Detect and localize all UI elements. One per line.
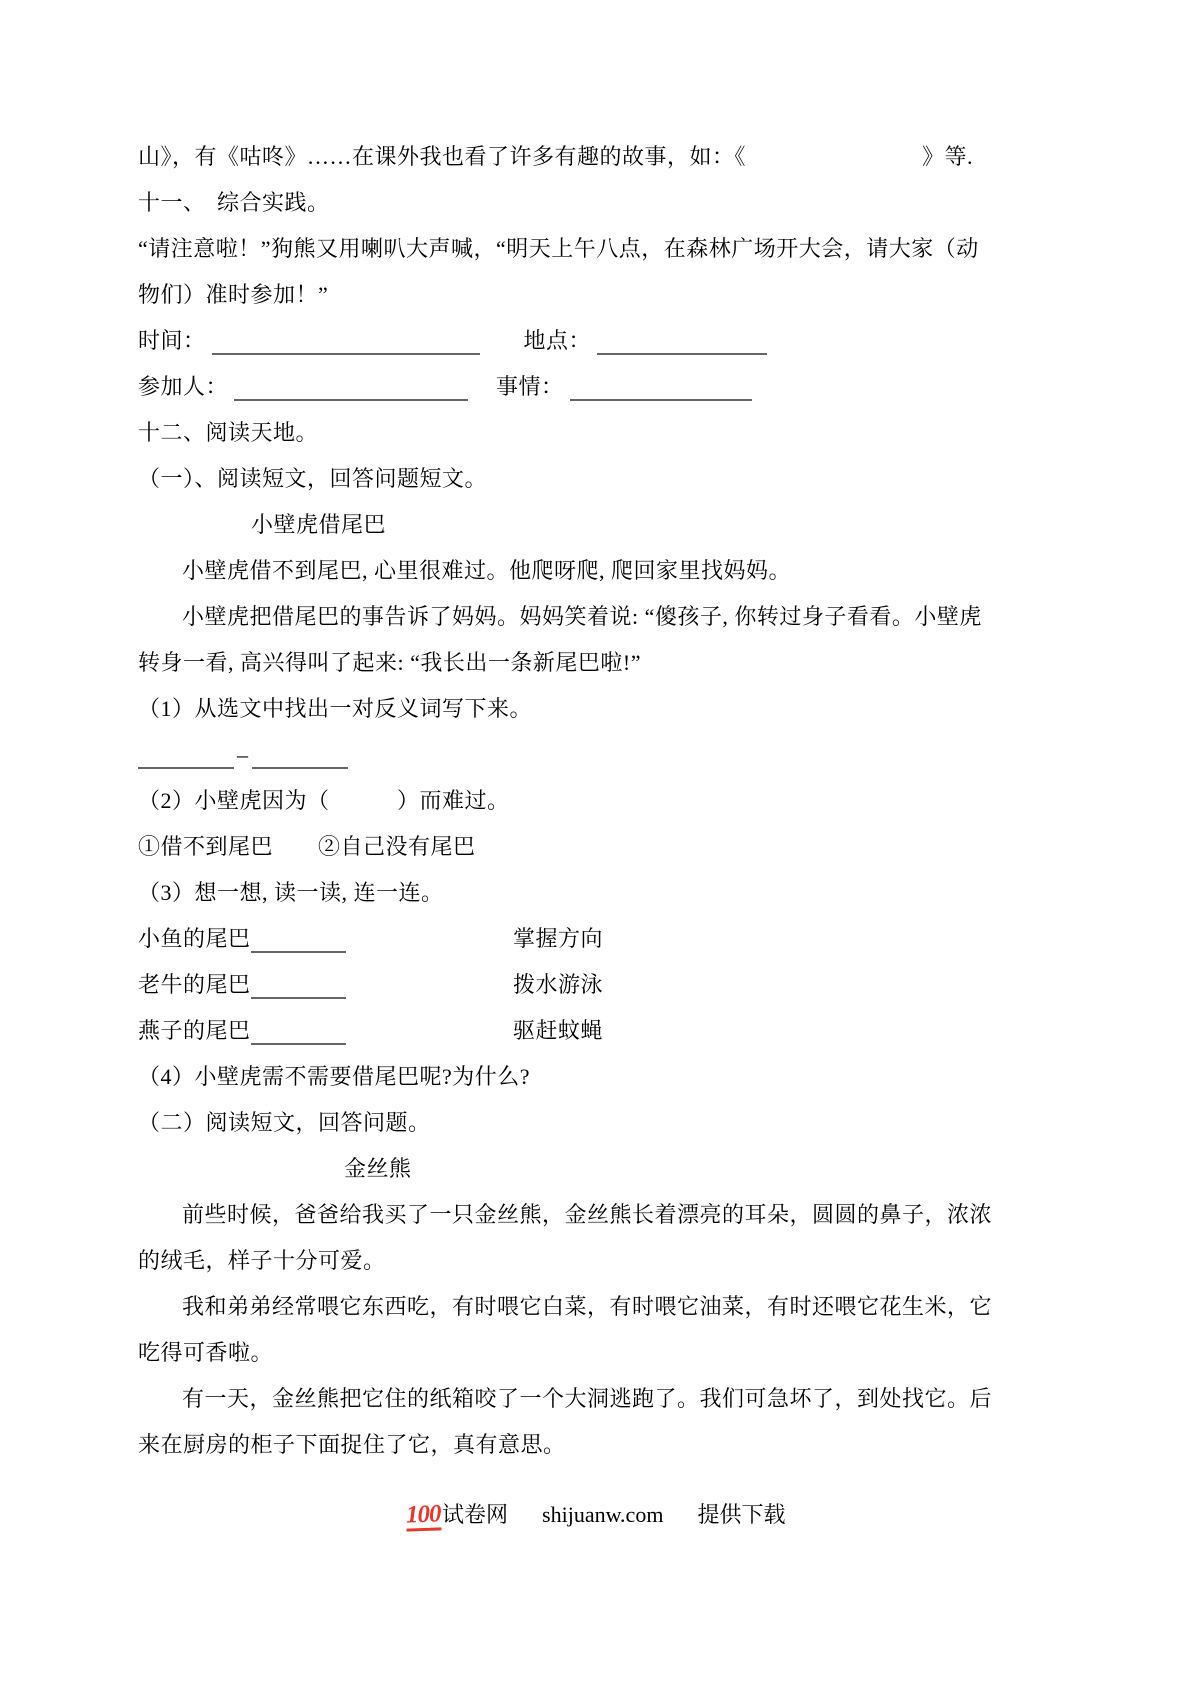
download-note-text: 提供下载 [697, 1498, 785, 1529]
passage-2-title: 金丝熊 [138, 1146, 1058, 1192]
match-blank-3 [251, 1033, 346, 1045]
site-domain-text: shijuanw.com [542, 1502, 663, 1528]
part-2-heading: （二）阅读短文，回答问题。 [138, 1100, 1058, 1146]
match-left-1: 小鱼的尾巴 [138, 916, 513, 962]
site-logo: 100试卷网 [406, 1498, 509, 1531]
match-row-3: 燕子的尾巴驱赶蚊蝇 [138, 1008, 1058, 1054]
question-2-options: ①借不到尾巴 ②自己没有尾巴 [138, 824, 1058, 870]
question-1-answer-blanks: – [138, 732, 1058, 778]
question-1: （1）从选文中找出一对反义词写下来。 [138, 686, 1058, 732]
match-right-2: 拨水游泳 [513, 972, 603, 997]
passage-1-line-2: 小壁虎把借尾巴的事告诉了妈妈。妈妈笑着说: “傻孩子, 你转过身子看看。小壁虎 [138, 594, 1058, 640]
match-left-label-1: 小鱼的尾巴 [138, 926, 251, 951]
participants-label: 参加人： [138, 374, 228, 399]
match-right-1: 掌握方向 [513, 926, 603, 951]
fields-row-1: 时间：地点： [138, 318, 1058, 364]
section-11-heading: 十一、 综合实践。 [138, 180, 1058, 226]
passage-2-line-5: 有一天，金丝熊把它住的纸箱咬了一个大洞逃跑了。我们可急坏了，到处找它。后 [138, 1376, 1058, 1422]
question-2: （2）小壁虎因为（ ）而难过。 [138, 778, 1058, 824]
participants-blank-line [234, 389, 468, 401]
match-blank-2 [251, 987, 346, 999]
passage-2-line-4: 吃得可香啦。 [138, 1330, 1058, 1376]
announcement-line-1: “请注意啦！”狗熊又用喇叭大声喊，“明天上午八点，在森林广场开大会，请大家（动 [138, 226, 1058, 272]
logo-100-mark: 100 [405, 1501, 440, 1531]
passage-1-line-3: 转身一看, 高兴得叫了起来: “我长出一条新尾巴啦!” [138, 640, 1058, 686]
intro-line: 山》，有《咕咚》……在课外我也看了许多有趣的故事，如：《》等. [138, 134, 1058, 180]
place-label: 地点： [524, 328, 592, 353]
match-blank-1 [251, 941, 346, 953]
exam-paper-page: 山》，有《咕咚》……在课外我也看了许多有趣的故事，如：《》等. 十一、 综合实践… [0, 0, 1191, 1684]
document-body: 山》，有《咕咚》……在课外我也看了许多有趣的故事，如：《》等. 十一、 综合实践… [138, 134, 1058, 1468]
logo-suffix-text: 试卷网 [442, 1498, 508, 1529]
site-footer: 100试卷网 shijuanw.com 提供下载 [0, 1498, 1191, 1531]
match-row-1: 小鱼的尾巴掌握方向 [138, 916, 1058, 962]
antonym-dash: – [234, 732, 252, 778]
passage-1-line-1: 小壁虎借不到尾巴, 心里很难过。他爬呀爬, 爬回家里找妈妈。 [138, 548, 1058, 594]
intro-text-after-blank: 》等. [922, 144, 973, 169]
event-blank-line [570, 389, 752, 401]
antonym-blank-2 [252, 757, 348, 769]
passage-2-line-6: 来在厨房的柜子下面捉住了它，真有意思。 [138, 1422, 1058, 1468]
match-left-label-3: 燕子的尾巴 [138, 1018, 251, 1043]
question-3: （3）想一想, 读一读, 连一连。 [138, 870, 1058, 916]
question-4: （4）小壁虎需不需要借尾巴呢?为什么? [138, 1054, 1058, 1100]
match-left-2: 老牛的尾巴 [138, 962, 513, 1008]
passage-2-line-3: 我和弟弟经常喂它东西吃，有时喂它白菜，有时喂它油菜，有时还喂它花生米，它 [138, 1284, 1058, 1330]
match-left-label-2: 老牛的尾巴 [138, 972, 251, 997]
fields-row-2: 参加人：事情： [138, 364, 1058, 410]
announcement-line-2: 物们）准时参加！” [138, 272, 1058, 318]
passage-2-line-2: 的绒毛，样子十分可爱。 [138, 1238, 1058, 1284]
match-row-2: 老牛的尾巴拨水游泳 [138, 962, 1058, 1008]
place-blank-line [597, 343, 767, 355]
passage-2-line-1: 前些时候，爸爸给我买了一只金丝熊，金丝熊长着漂亮的耳朵，圆圆的鼻子，浓浓 [138, 1192, 1058, 1238]
intro-text-before-blank: 山》，有《咕咚》……在课外我也看了许多有趣的故事，如：《 [138, 144, 746, 169]
time-label: 时间： [138, 328, 206, 353]
match-left-3: 燕子的尾巴 [138, 1008, 513, 1054]
time-blank-line [212, 343, 480, 355]
section-12-heading: 十二、阅读天地。 [138, 410, 1058, 456]
match-right-3: 驱赶蚊蝇 [513, 1018, 603, 1043]
event-label: 事情： [496, 374, 564, 399]
passage-1-title: 小壁虎借尾巴 [138, 502, 1058, 548]
part-1-heading: （一）、阅读短文，回答问题短文。 [138, 456, 1058, 502]
antonym-blank-1 [138, 757, 234, 769]
